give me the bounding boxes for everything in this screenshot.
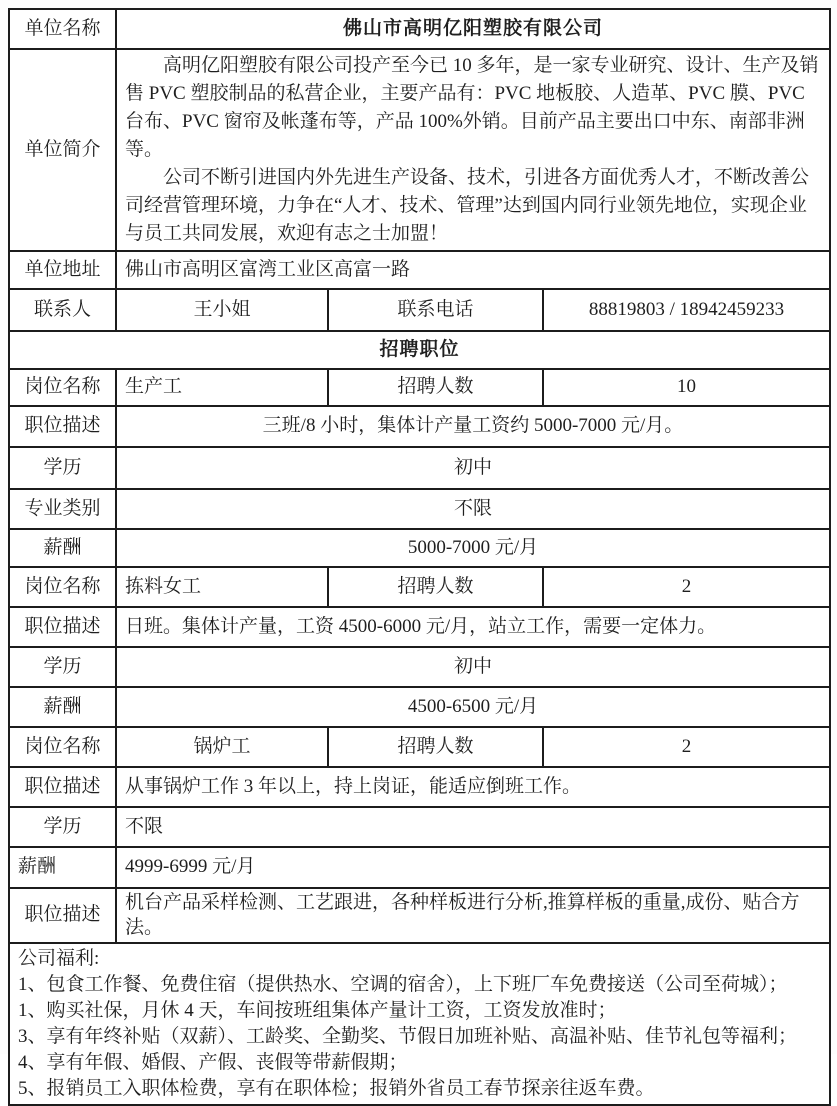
job1-salary: 5000-7000 元/月 — [116, 529, 830, 567]
salary-label: 薪酬 — [9, 529, 116, 567]
row-job3-education: 学历 不限 — [9, 807, 830, 847]
benefit-item: 3、享有年终补贴（双薪）、工龄奖、全勤奖、节假日加班补贴、高温补贴、佳节礼包等福… — [18, 1024, 821, 1076]
education-label: 学历 — [9, 807, 116, 847]
description-label: 职位描述 — [9, 767, 116, 807]
phone-label: 联系电话 — [328, 289, 543, 331]
job3-salary: 4999-6999 元/月 — [116, 847, 830, 888]
description-label: 职位描述 — [9, 888, 116, 943]
benefit-item: 1、包食工作餐、免费住宿（提供热水、空调的宿舍），上下班厂车免费接送（公司至荷城… — [18, 972, 821, 998]
intro-paragraph-1: 高明亿阳塑胶有限公司投产至今已 10 多年，是一家专业研究、设计、生产及销售 P… — [125, 52, 821, 164]
major-label: 专业类别 — [9, 489, 116, 529]
job3-description: 从事锅炉工作 3 年以上，持上岗证，能适应倒班工作。 — [116, 767, 830, 807]
job3-description-extra: 机台产品采样检测、工艺跟进，各种样板进行分析,推算样板的重量,成份、贴合方法。 — [116, 888, 830, 943]
row-job3-description: 职位描述 从事锅炉工作 3 年以上，持上岗证，能适应倒班工作。 — [9, 767, 830, 807]
benefits-block: 公司福利: 1、包食工作餐、免费住宿（提供热水、空调的宿舍），上下班厂车免费接送… — [9, 943, 830, 1105]
row-job3-position: 岗位名称 锅炉工 招聘人数 2 — [9, 727, 830, 767]
job2-name: 拣料女工 — [116, 567, 328, 607]
company-name-label: 单位名称 — [9, 9, 116, 49]
job2-headcount: 2 — [543, 567, 830, 607]
headcount-label: 招聘人数 — [328, 727, 543, 767]
education-label: 学历 — [9, 647, 116, 687]
row-job2-education: 学历 初中 — [9, 647, 830, 687]
row-job1-description: 职位描述 三班/8 小时，集体计产量工资约 5000-7000 元/月。 — [9, 406, 830, 447]
headcount-label: 招聘人数 — [328, 567, 543, 607]
contact-label: 联系人 — [9, 289, 116, 331]
company-intro-value: 高明亿阳塑胶有限公司投产至今已 10 多年，是一家专业研究、设计、生产及销售 P… — [116, 49, 830, 251]
headcount-label: 招聘人数 — [328, 369, 543, 406]
benefit-item: 5、报销员工入职体检费，享有在职体检；报销外省员工春节探亲往返车费。 — [18, 1076, 821, 1102]
row-job2-position: 岗位名称 拣料女工 招聘人数 2 — [9, 567, 830, 607]
company-address-label: 单位地址 — [9, 251, 116, 289]
description-label: 职位描述 — [9, 607, 116, 647]
job3-headcount: 2 — [543, 727, 830, 767]
job1-name: 生产工 — [116, 369, 328, 406]
row-contact: 联系人 王小姐 联系电话 88819803 / 18942459233 — [9, 289, 830, 331]
row-job3-description-extra: 职位描述 机台产品采样检测、工艺跟进，各种样板进行分析,推算样板的重量,成份、贴… — [9, 888, 830, 943]
phone-numbers: 88819803 / 18942459233 — [543, 289, 830, 331]
salary-label: 薪酬 — [9, 847, 116, 888]
job-posting-page: 单位名称 佛山市高明亿阳塑胶有限公司 单位简介 高明亿阳塑胶有限公司投产至今已 … — [0, 0, 837, 1054]
row-job1-major: 专业类别 不限 — [9, 489, 830, 529]
salary-label: 薪酬 — [9, 687, 116, 727]
row-job2-description: 职位描述 日班。集体计产量，工资 4500-6000 元/月，站立工作，需要一定… — [9, 607, 830, 647]
intro-paragraph-2: 公司不断引进国内外先进生产设备、技术，引进各方面优秀人才，不断改善公司经营管理环… — [125, 164, 821, 248]
company-name-value: 佛山市高明亿阳塑胶有限公司 — [116, 9, 830, 49]
row-job1-position: 岗位名称 生产工 招聘人数 10 — [9, 369, 830, 406]
job1-headcount: 10 — [543, 369, 830, 406]
benefits-title: 公司福利: — [18, 946, 821, 972]
job1-description: 三班/8 小时，集体计产量工资约 5000-7000 元/月。 — [116, 406, 830, 447]
job2-description: 日班。集体计产量，工资 4500-6000 元/月，站立工作，需要一定体力。 — [116, 607, 830, 647]
education-label: 学历 — [9, 447, 116, 489]
row-job3-salary: 薪酬 4999-6999 元/月 — [9, 847, 830, 888]
row-company-intro: 单位简介 高明亿阳塑胶有限公司投产至今已 10 多年，是一家专业研究、设计、生产… — [9, 49, 830, 251]
company-intro-label: 单位简介 — [9, 49, 116, 251]
job3-education: 不限 — [116, 807, 830, 847]
row-job1-education: 学历 初中 — [9, 447, 830, 489]
position-label: 岗位名称 — [9, 369, 116, 406]
row-section-header: 招聘职位 — [9, 331, 830, 369]
job2-education: 初中 — [116, 647, 830, 687]
company-address-value: 佛山市高明区富湾工业区高富一路 — [116, 251, 830, 289]
job-posting-table: 单位名称 佛山市高明亿阳塑胶有限公司 单位简介 高明亿阳塑胶有限公司投产至今已 … — [8, 8, 831, 1106]
benefit-item: 1、购买社保，月休 4 天，车间按班组集体产量计工资，工资发放准时； — [18, 998, 821, 1024]
job1-education: 初中 — [116, 447, 830, 489]
row-job1-salary: 薪酬 5000-7000 元/月 — [9, 529, 830, 567]
position-label: 岗位名称 — [9, 567, 116, 607]
description-label: 职位描述 — [9, 406, 116, 447]
job2-salary: 4500-6500 元/月 — [116, 687, 830, 727]
job3-name: 锅炉工 — [116, 727, 328, 767]
section-title: 招聘职位 — [9, 331, 830, 369]
job1-major: 不限 — [116, 489, 830, 529]
row-company-name: 单位名称 佛山市高明亿阳塑胶有限公司 — [9, 9, 830, 49]
contact-name: 王小姐 — [116, 289, 328, 331]
row-company-address: 单位地址 佛山市高明区富湾工业区高富一路 — [9, 251, 830, 289]
position-label: 岗位名称 — [9, 727, 116, 767]
row-benefits: 公司福利: 1、包食工作餐、免费住宿（提供热水、空调的宿舍），上下班厂车免费接送… — [9, 943, 830, 1105]
row-job2-salary: 薪酬 4500-6500 元/月 — [9, 687, 830, 727]
